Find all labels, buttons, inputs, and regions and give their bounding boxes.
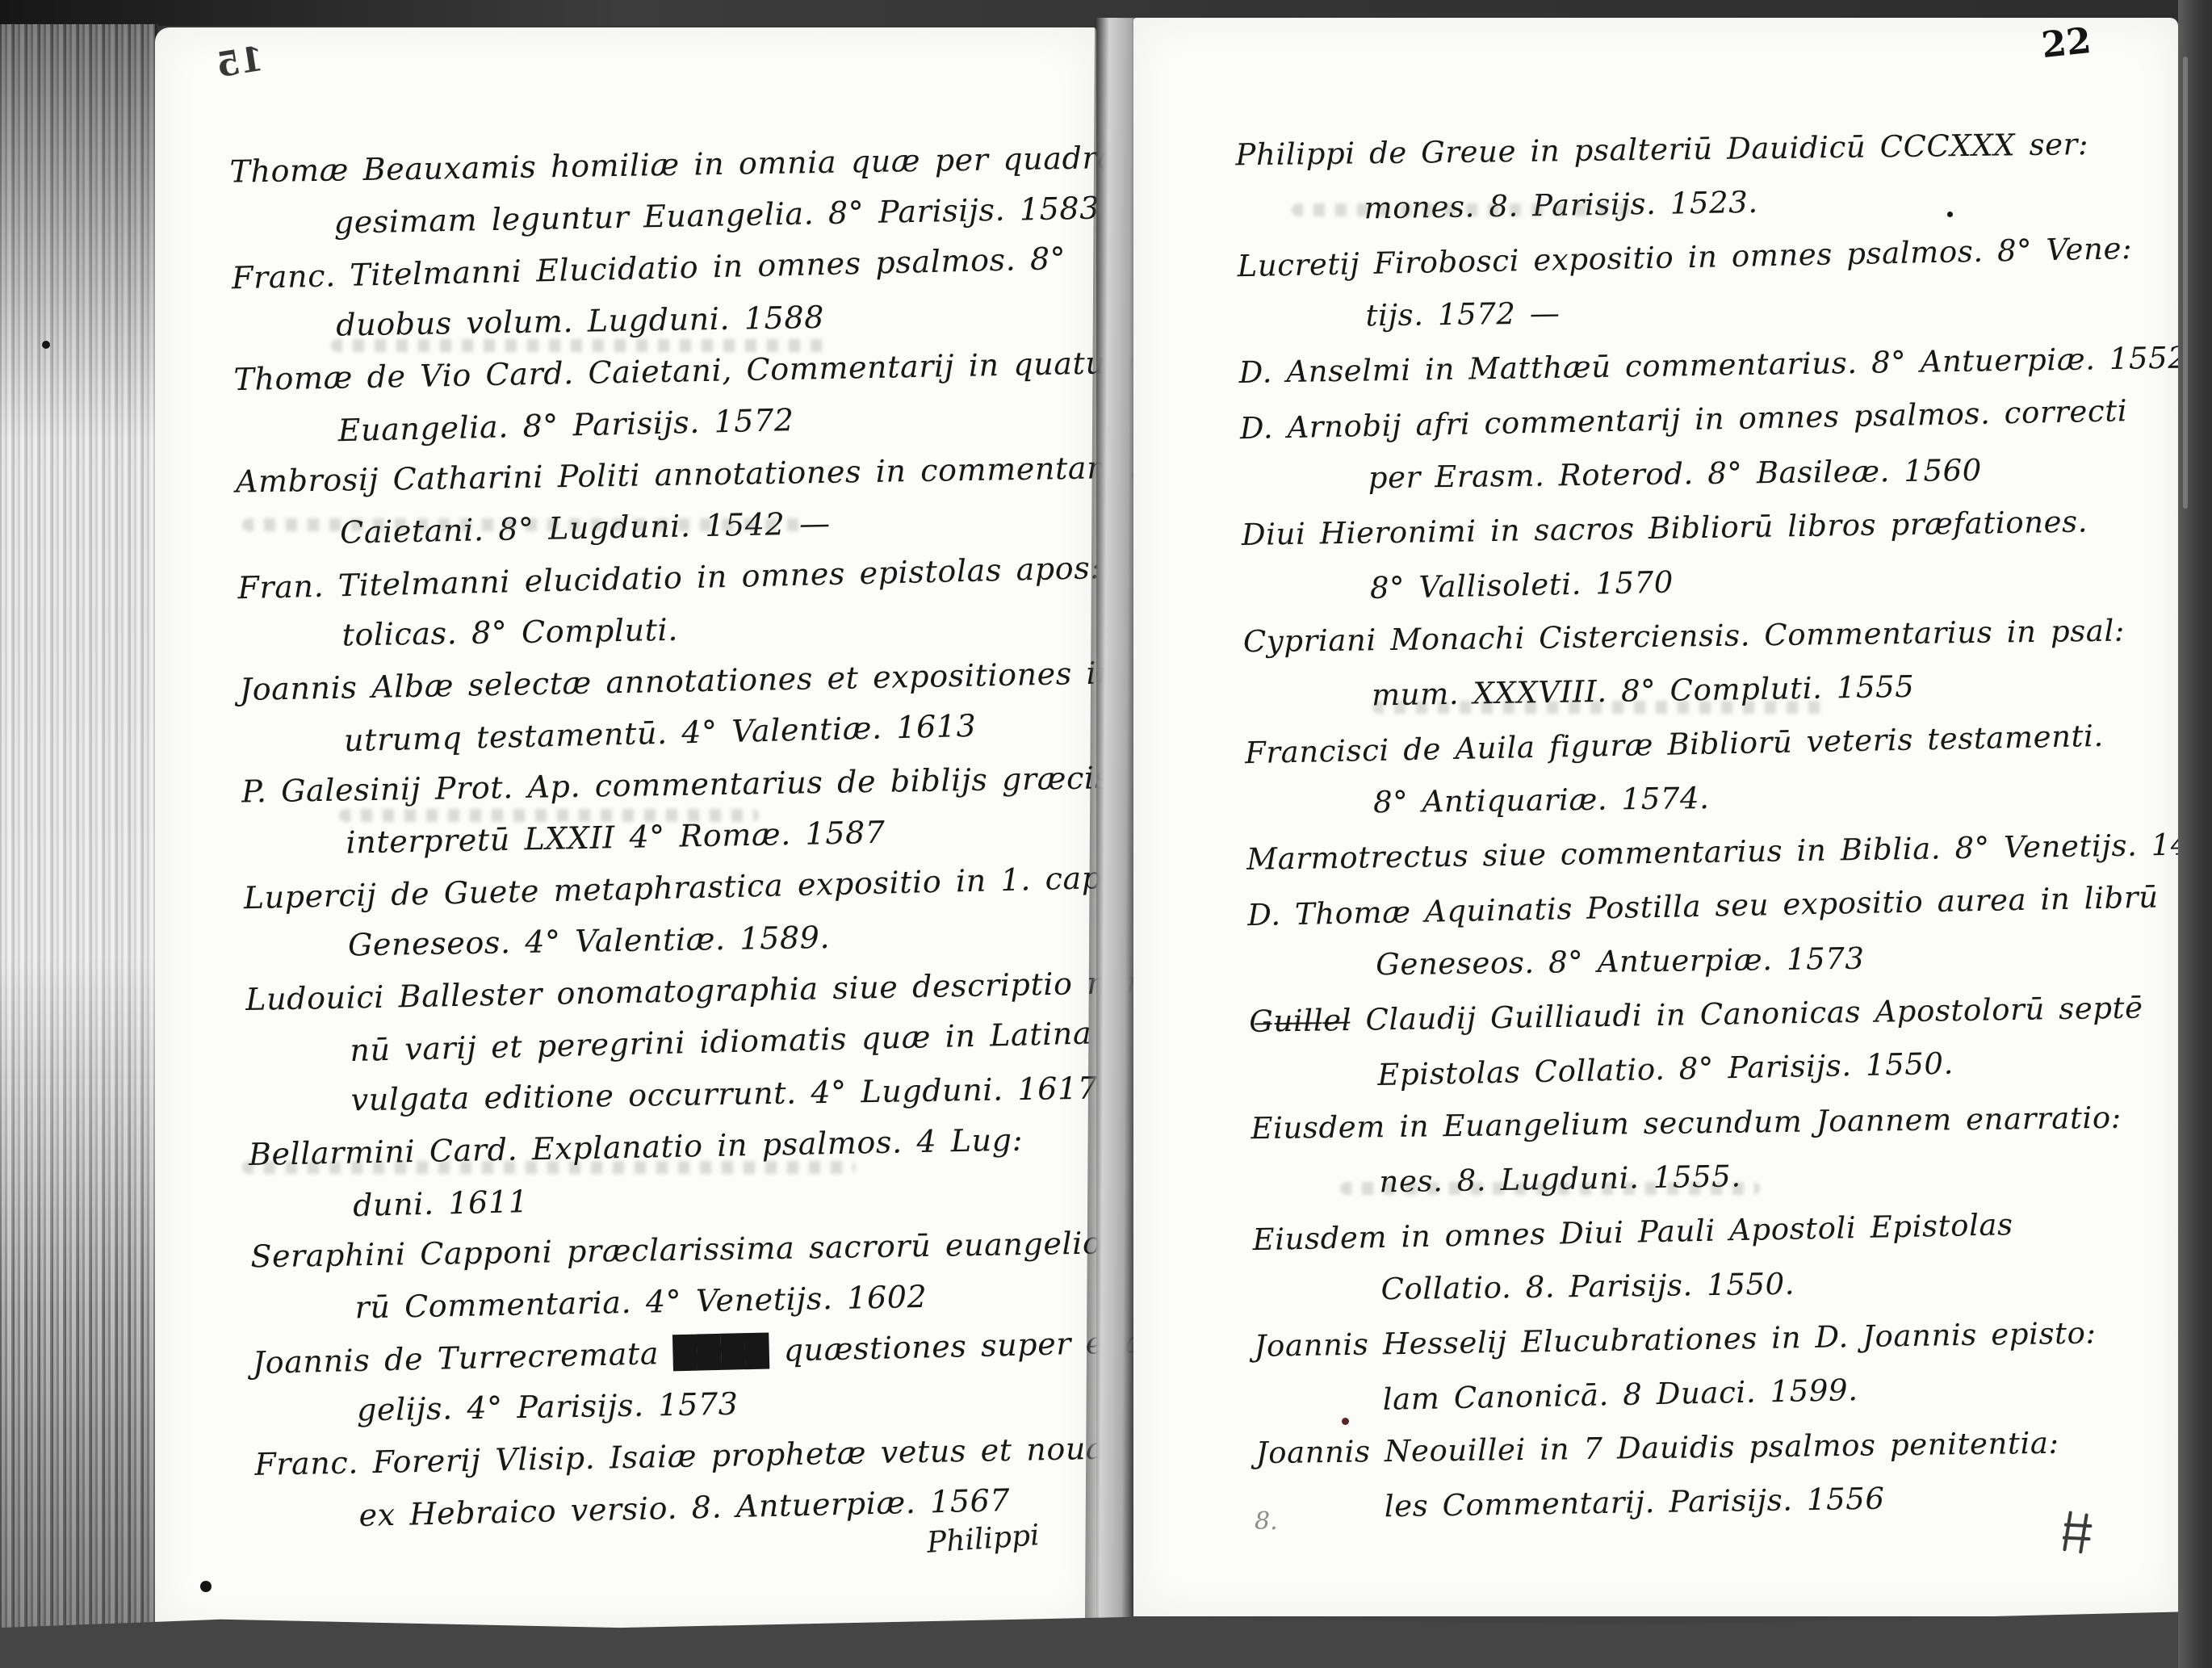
- catchword: Philippi: [926, 1519, 1041, 1560]
- bleedthrough-smudge: [339, 809, 759, 822]
- bleedthrough-smudge: [242, 1161, 856, 1174]
- folio-number: 22: [2039, 20, 2093, 66]
- stray-mark: 8.: [1255, 1507, 1278, 1536]
- book-fore-edge: [0, 24, 158, 1629]
- right-page: 22 Philippi de Greue in psalteriū Dauidi…: [1133, 18, 2178, 1616]
- manuscript-photo: 15 Thomæ Beauxamis homiliæ in omnia quæ …: [0, 0, 2212, 1668]
- ink-blot: [1342, 1418, 1349, 1425]
- ink-blot: [42, 341, 50, 349]
- ink-blot: [200, 1581, 212, 1592]
- right-page-lines: Philippi de Greue in psalteriū Dauidicū …: [1133, 115, 2200, 1537]
- bleedthrough-smudge: [1340, 1182, 1760, 1195]
- ink-blot: [1947, 212, 1953, 217]
- bleedthrough-smudge: [1372, 701, 1824, 714]
- ghost-folio-number: 15: [214, 39, 266, 86]
- bleedthrough-smudge: [1292, 203, 1631, 216]
- bleedthrough-smudge: [242, 518, 807, 531]
- left-page: 15 Thomæ Beauxamis homiliæ in omnia quæ …: [155, 27, 1096, 1629]
- bleedthrough-smudge: [331, 339, 832, 352]
- photo-right-border: [2178, 0, 2212, 1668]
